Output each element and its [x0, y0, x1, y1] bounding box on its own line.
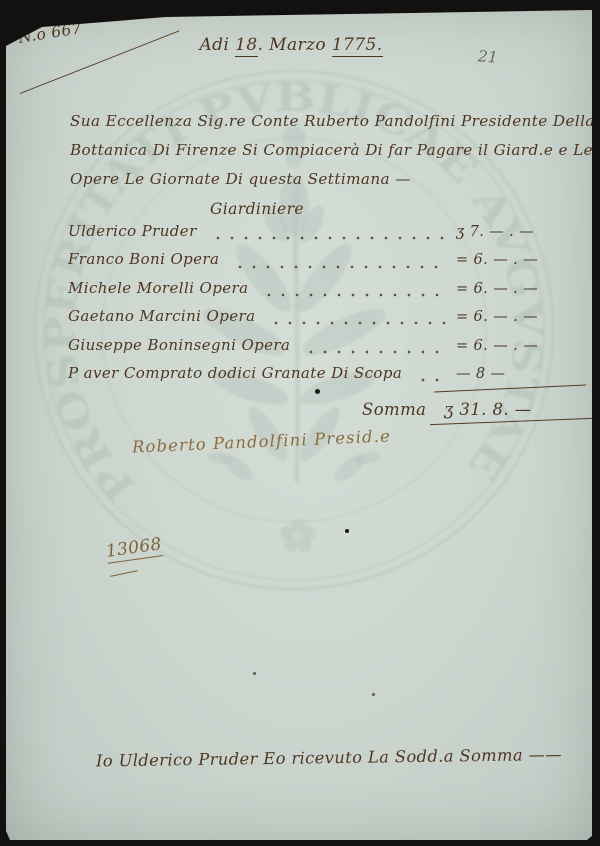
- paper-speck: [372, 693, 375, 696]
- date-day: 18: [235, 35, 257, 57]
- amount-value: — 8 —: [456, 366, 572, 382]
- amount-value: = 6. — . —: [456, 252, 572, 268]
- payment-list: Ulderico Pruder ʒ 7. — . — Franco Boni O…: [68, 222, 572, 393]
- worker-name: Ulderico Pruder: [68, 222, 197, 240]
- worker-name: Gaetano Marcini Opera: [68, 307, 255, 325]
- table-row: Gaetano Marcini Opera = 6. — . —: [68, 307, 572, 335]
- date-month: . Marzo: [258, 35, 332, 55]
- ink-speck: [345, 529, 349, 533]
- total-line: Somma ʒ 31. 8. —: [362, 400, 532, 419]
- folio-number: 21: [477, 47, 498, 66]
- order-paragraph: Sua Eccellenza Sig.re Conte Ruberto Pand…: [70, 107, 552, 193]
- paragraph-line-3: Opere Le Giornate Di questa Settimana —: [70, 165, 552, 194]
- table-row: Franco Boni Opera = 6. — . —: [68, 250, 572, 278]
- expense-item: P aver Comprato dodici Granate Di Scopa: [68, 364, 402, 382]
- document-page: PROSPERITATI PVBLICAE AVGVSTAE: [6, 10, 592, 840]
- ink-blot: [315, 389, 320, 394]
- date-line: Adi 18. Marzo 1775.: [166, 35, 416, 55]
- amount-value: = 6. — . —: [456, 281, 572, 297]
- dot-leader: [267, 321, 446, 326]
- dot-leader: [302, 349, 446, 354]
- amount-value: ʒ 7. — . —: [456, 224, 572, 240]
- table-row: Michele Morelli Opera = 6. — . —: [68, 279, 572, 307]
- amount-value: = 6. — . —: [456, 309, 572, 325]
- dot-leader: [209, 236, 446, 241]
- date-year: 1775.: [332, 35, 383, 57]
- scan-background: PROSPERITATI PVBLICAE AVGVSTAE: [0, 0, 600, 846]
- date-prefix: Adi: [200, 35, 236, 55]
- total-value: ʒ 31. 8. —: [444, 400, 532, 419]
- table-row: Giuseppe Boninsegni Opera = 6. — . —: [68, 336, 572, 364]
- total-label: Somma: [362, 400, 426, 419]
- dot-leader: [260, 293, 446, 298]
- watermark-rosette: [280, 518, 316, 552]
- dot-leader: [414, 378, 446, 383]
- dot-leader: [231, 264, 446, 269]
- worker-name: Franco Boni Opera: [68, 250, 219, 268]
- worker-name: Michele Morelli Opera: [68, 279, 248, 297]
- amount-value: = 6. — . —: [456, 338, 572, 354]
- paragraph-line-1: Sua Eccellenza Sig.re Conte Ruberto Pand…: [70, 107, 552, 136]
- paper-speck: [253, 672, 256, 675]
- worker-name: Giuseppe Boninsegni Opera: [68, 336, 290, 354]
- section-heading-giardiniere: Giardiniere: [182, 200, 332, 218]
- paragraph-line-2: Bottanica Di Firenze Si Compiacerà Di fa…: [70, 136, 552, 165]
- table-row: Ulderico Pruder ʒ 7. — . —: [68, 222, 572, 250]
